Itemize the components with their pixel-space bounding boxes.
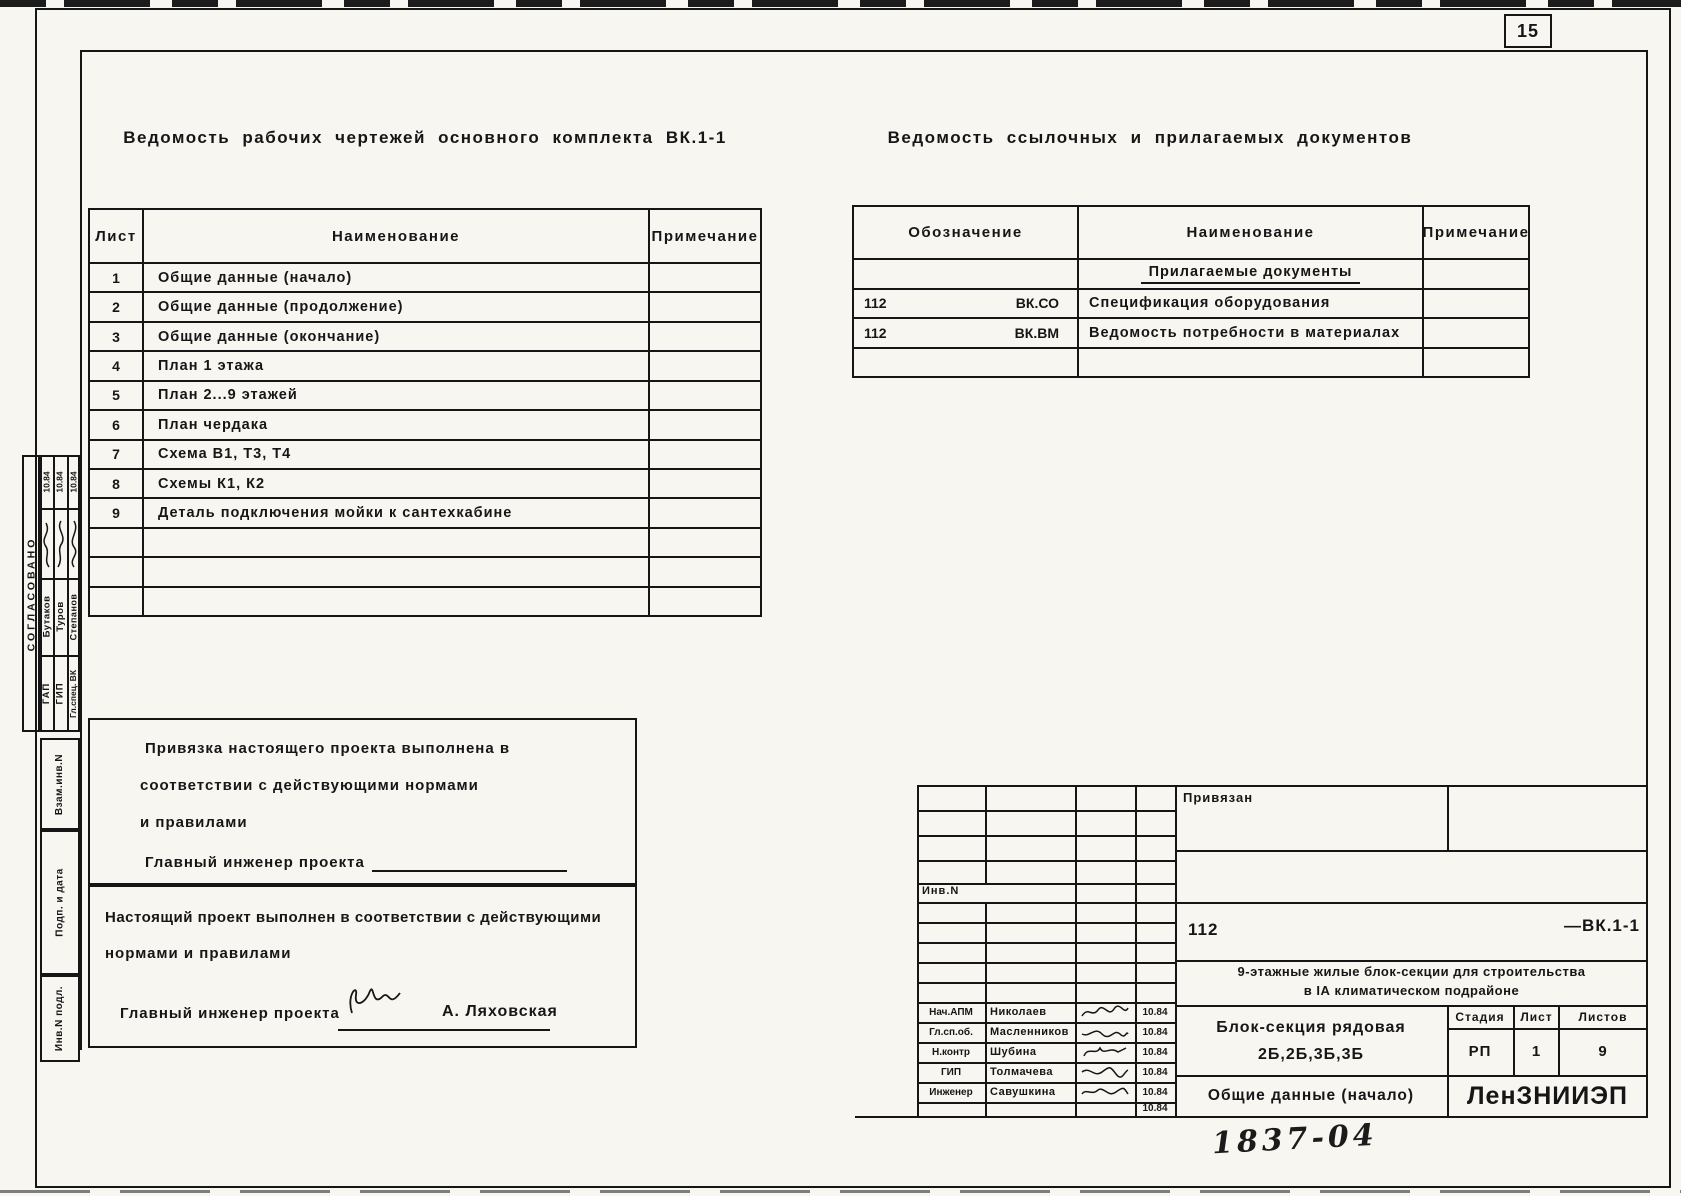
vzam-inv-cell: Взам.инв.N bbox=[40, 738, 80, 830]
ref-row: 112 ВК.СО Спецификация оборудования bbox=[854, 288, 1528, 318]
row-num: 4 bbox=[90, 352, 142, 379]
signer-name: Масленников bbox=[990, 1026, 1069, 1038]
table-row: 3 Общие данные (окончание) bbox=[90, 321, 760, 350]
col-header-name: Наименование bbox=[1077, 207, 1422, 258]
row-note bbox=[648, 441, 760, 468]
stamp-line bbox=[855, 1116, 1648, 1118]
table-row: 9 Деталь подключения мойки к сантехкабин… bbox=[90, 497, 760, 526]
row-name: Схемы К1, К2 bbox=[142, 470, 648, 497]
row-note bbox=[648, 382, 760, 409]
row-note bbox=[648, 323, 760, 350]
podp-data-label: Подп. и дата bbox=[55, 868, 66, 936]
project-line2: в IА климатическом подрайоне bbox=[1177, 981, 1646, 1000]
ref-section-row: Прилагаемые документы bbox=[854, 258, 1528, 288]
signature-mark bbox=[1080, 1024, 1130, 1040]
approver-date-cell: 10.84 bbox=[67, 455, 80, 508]
ref-header-row: Обозначение Наименование Примечание bbox=[854, 207, 1528, 258]
sheet-header: Лист bbox=[1515, 1005, 1558, 1028]
row-name: План 1 этажа bbox=[142, 352, 648, 379]
table-row: 6 План чердака bbox=[90, 409, 760, 438]
signer-date: 10.84 bbox=[1135, 1082, 1175, 1102]
col-header-name: Наименование bbox=[142, 210, 648, 262]
ref-row: 112 ВК.ВМ Ведомость потребности в матери… bbox=[854, 317, 1528, 347]
row-note bbox=[648, 499, 760, 526]
frame-top-line bbox=[80, 50, 1648, 52]
inv-podl-label: Инв.N подл. bbox=[55, 986, 66, 1051]
signature-mark bbox=[54, 515, 66, 571]
row-note bbox=[648, 411, 760, 438]
approver-role: ГАП bbox=[41, 683, 52, 704]
table-row: 1 Общие данные (начало) bbox=[90, 262, 760, 291]
stamp-line bbox=[1175, 785, 1177, 1118]
approver-date-cell: 10.84 bbox=[53, 455, 67, 508]
signer-date: 10.84 bbox=[1135, 1042, 1175, 1062]
ref-doc-code: ВК.СО bbox=[1016, 295, 1059, 311]
table-row: 4 План 1 этажа bbox=[90, 350, 760, 379]
frame-left-line bbox=[80, 50, 82, 1050]
table-row: 7 Схема В1, Т3, Т4 bbox=[90, 439, 760, 468]
row-num: 1 bbox=[90, 264, 142, 291]
row-note bbox=[648, 264, 760, 291]
row-num: 8 bbox=[90, 470, 142, 497]
approver-name: Бутаков bbox=[41, 596, 52, 638]
stamp-line bbox=[917, 902, 1648, 904]
approver-role-cell: ГИП bbox=[53, 655, 67, 732]
row-name: План чердака bbox=[142, 411, 648, 438]
project-name: 9-этажные жилые блок-секции для строител… bbox=[1177, 962, 1646, 1000]
approver-role: Гл.спец. ВК bbox=[69, 669, 79, 717]
binding-note-line3: и правилами bbox=[140, 814, 248, 831]
ref-table: Обозначение Наименование Примечание Прил… bbox=[852, 205, 1530, 378]
row-num: 2 bbox=[90, 293, 142, 320]
row-name: Общие данные (продолжение) bbox=[142, 293, 648, 320]
approver-sig-cell bbox=[67, 508, 80, 578]
row-note bbox=[648, 293, 760, 320]
chief-engineer-label: Главный инженер проекта bbox=[145, 854, 365, 871]
compliance-line1: Настоящий проект выполнен в соответствии… bbox=[105, 909, 601, 926]
ref-doc-num: 112 bbox=[864, 325, 887, 341]
signer-name: Толмачева bbox=[990, 1066, 1053, 1078]
row-name: Деталь подключения мойки к сантехкабине bbox=[142, 499, 648, 526]
signer-date: 10.84 bbox=[1135, 1002, 1175, 1022]
approver-name: Степанов bbox=[69, 593, 79, 640]
stamp-line bbox=[985, 785, 987, 883]
signer-date: 10.84 bbox=[1135, 1062, 1175, 1082]
row-note bbox=[648, 352, 760, 379]
approver-sig-cell bbox=[53, 508, 67, 578]
signature-mark bbox=[1080, 1084, 1130, 1100]
signer-role: Инженер bbox=[917, 1082, 985, 1102]
stamp-line bbox=[1175, 850, 1648, 852]
object-name: Блок-секция рядовая 2Б,2Б,3Б,3Б bbox=[1177, 1014, 1445, 1068]
sheets-header: Листов bbox=[1560, 1005, 1646, 1028]
signer-name: Савушкина bbox=[990, 1086, 1056, 1098]
signature-mark bbox=[1080, 1004, 1130, 1020]
row-num: 6 bbox=[90, 411, 142, 438]
worksheet-header-row: Лист Наименование Примечание bbox=[90, 210, 760, 262]
inv-number-label: Инв.N bbox=[922, 885, 959, 897]
inv-podl-cell: Инв.N подл. bbox=[40, 975, 80, 1062]
col-header-code: Обозначение bbox=[854, 207, 1077, 258]
row-num: 9 bbox=[90, 499, 142, 526]
binding-note-line1: Привязка настоящего проекта выполнена в bbox=[145, 740, 510, 757]
ref-doc-num: 112 bbox=[864, 295, 887, 311]
signer-name: Шубина bbox=[990, 1046, 1037, 1058]
stamp-line bbox=[1447, 785, 1449, 850]
signer-role: Нач.АПМ bbox=[917, 1002, 985, 1022]
signature-mark bbox=[1080, 1044, 1130, 1060]
row-name: Общие данные (окончание) bbox=[142, 323, 648, 350]
table-row: 5 План 2...9 этажей bbox=[90, 380, 760, 409]
chief-engineer-label2: Главный инженер проекта bbox=[120, 1005, 340, 1022]
signature-mark bbox=[68, 515, 80, 571]
approver-sig-cell bbox=[40, 508, 53, 578]
signer-date: 10.84 bbox=[1135, 1100, 1175, 1116]
sheet-number: 15 bbox=[1517, 21, 1539, 42]
ref-row-empty bbox=[854, 347, 1528, 377]
approver-date: 10.84 bbox=[69, 471, 79, 492]
binding-note-box: Привязка настоящего проекта выполнена в … bbox=[88, 718, 637, 885]
col-header-list: Лист bbox=[90, 210, 142, 262]
ref-section-label: Прилагаемые документы bbox=[1141, 264, 1361, 284]
frame-right-line bbox=[1646, 50, 1648, 1118]
col-header-note: Примечание bbox=[1422, 207, 1528, 258]
signer-role: Н.контр bbox=[917, 1042, 985, 1062]
row-note bbox=[648, 470, 760, 497]
agreed-label: СОГЛАСОВАНО bbox=[25, 536, 37, 651]
stage-value: РП bbox=[1449, 1028, 1511, 1075]
stamp-line bbox=[1075, 785, 1077, 1118]
table-row-empty bbox=[90, 527, 760, 556]
row-name: Схема В1, Т3, Т4 bbox=[142, 441, 648, 468]
table-row: 8 Схемы К1, К2 bbox=[90, 468, 760, 497]
row-num: 7 bbox=[90, 441, 142, 468]
stamp-line bbox=[985, 902, 987, 1118]
table-row-empty bbox=[90, 556, 760, 585]
ref-table-title: Ведомость ссылочных и прилагаемых докуме… bbox=[820, 128, 1480, 148]
project-line1: 9-этажные жилые блок-секции для строител… bbox=[1177, 962, 1646, 981]
vzam-inv-label: Взам.инв.N bbox=[55, 753, 66, 814]
row-name: План 2...9 этажей bbox=[142, 382, 648, 409]
table-row-empty bbox=[90, 586, 760, 615]
signature-mark bbox=[342, 979, 438, 1021]
signer-role: Гл.сп.об. bbox=[917, 1022, 985, 1042]
drawing-sheet: 15 Ведомость рабочих чертежей основного … bbox=[0, 0, 1681, 1196]
signer-date: 10.84 bbox=[1135, 1022, 1175, 1042]
signer-role: ГИП bbox=[917, 1062, 985, 1082]
approver-role-cell: Гл.спец. ВК bbox=[67, 655, 80, 732]
row-name: Общие данные (начало) bbox=[142, 264, 648, 291]
approver-date: 10.84 bbox=[55, 471, 65, 492]
sheet-number-box: 15 bbox=[1504, 14, 1552, 48]
privyazan-label: Привязан bbox=[1183, 790, 1253, 805]
approver-name-cell: Степанов bbox=[67, 578, 80, 655]
table-row: 2 Общие данные (продолжение) bbox=[90, 291, 760, 320]
approver-name-cell: Бутаков bbox=[40, 578, 53, 655]
stage-header: Стадия bbox=[1449, 1005, 1511, 1028]
podp-data-cell: Подп. и дата bbox=[40, 830, 80, 975]
approver-role: ГИП bbox=[55, 682, 66, 704]
compliance-note-box: Настоящий проект выполнен в соответствии… bbox=[88, 885, 637, 1048]
scan-noise-bottom bbox=[0, 1190, 1681, 1193]
signer-name: Николаев bbox=[990, 1006, 1047, 1018]
row-num: 5 bbox=[90, 382, 142, 409]
chief-engineer-name: А. Ляховская bbox=[442, 1003, 558, 1021]
approver-date: 10.84 bbox=[42, 471, 52, 492]
org-name: ЛенЗНИИЭП bbox=[1449, 1077, 1646, 1116]
sheets-value: 9 bbox=[1560, 1028, 1646, 1075]
col-header-note: Примечание bbox=[648, 210, 760, 262]
approver-name: Туров bbox=[55, 601, 66, 632]
binding-note-line2: соответствии с действующими нормами bbox=[140, 777, 479, 794]
scan-noise-top bbox=[0, 0, 1681, 7]
sheet-title: Общие данные (начало) bbox=[1177, 1075, 1445, 1116]
row-num: 3 bbox=[90, 323, 142, 350]
signature-line bbox=[372, 870, 567, 872]
signature-underline bbox=[338, 1029, 550, 1031]
ref-doc-name: Спецификация оборудования bbox=[1077, 290, 1422, 318]
worksheet-table-title: Ведомость рабочих чертежей основного ком… bbox=[88, 128, 762, 148]
agreed-label-cell: СОГЛАСОВАНО bbox=[22, 455, 40, 732]
ref-doc-name: Ведомость потребности в материалах bbox=[1077, 319, 1422, 347]
approver-name-cell: Туров bbox=[53, 578, 67, 655]
approver-date-cell: 10.84 bbox=[40, 455, 53, 508]
stamp-line bbox=[917, 785, 1648, 787]
object-line2: 2Б,2Б,3Б,3Б bbox=[1177, 1041, 1445, 1068]
signature-mark bbox=[1080, 1064, 1130, 1080]
approver-role-cell: ГАП bbox=[40, 655, 53, 732]
sheet-value: 1 bbox=[1515, 1028, 1558, 1075]
stamp-doc-code: —ВК.1-1 bbox=[1490, 916, 1640, 936]
ref-doc-code: ВК.ВМ bbox=[1015, 325, 1059, 341]
stamp-code: 112 bbox=[1188, 920, 1218, 940]
object-line1: Блок-секция рядовая bbox=[1177, 1014, 1445, 1041]
worksheet-table: Лист Наименование Примечание 1 Общие дан… bbox=[88, 208, 762, 617]
signature-mark bbox=[41, 515, 53, 571]
compliance-line2: нормами и правилами bbox=[105, 945, 292, 962]
